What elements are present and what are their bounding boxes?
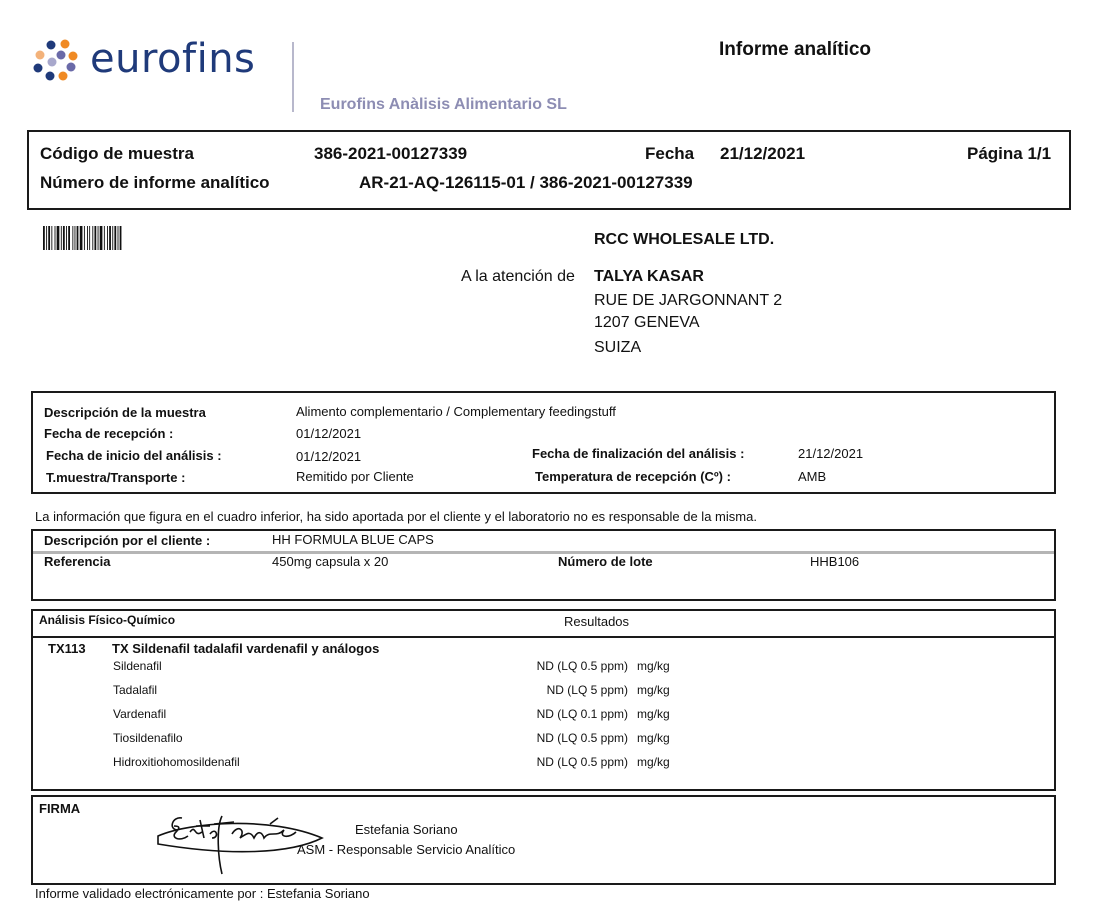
analyte-unit: mg/kg xyxy=(637,755,670,769)
analyte-result: ND (LQ 0.1 ppm) xyxy=(537,707,628,721)
recipient-company: RCC WHOLESALE LTD. xyxy=(594,231,774,249)
electronic-validation-note: Informe validado electrónicamente por : … xyxy=(35,886,370,901)
analyte-name: Hidroxitiohomosildenafil xyxy=(113,755,240,769)
company-name: Eurofins Anàlisis Alimentario SL xyxy=(320,96,567,114)
sample-description: Alimento complementario / Complementary … xyxy=(296,404,616,419)
analyte-name: Vardenafil xyxy=(113,707,166,721)
analyte-unit: mg/kg xyxy=(637,659,670,673)
logo-wordmark: eurofins xyxy=(90,36,255,82)
header-divider xyxy=(292,42,294,112)
end-date: 21/12/2021 xyxy=(798,446,863,461)
reception-date: 01/12/2021 xyxy=(296,426,361,441)
analysis-section-label: Análisis Físico-Químico xyxy=(39,613,175,627)
reception-date-label: Fecha de recepción : xyxy=(44,426,173,441)
analyte-result: ND (LQ 0.5 ppm) xyxy=(537,731,628,745)
transport-value: Remitido por Cliente xyxy=(296,469,414,484)
reference-value: 450mg capsula x 20 xyxy=(272,554,388,569)
recipient-address-line1: RUE DE JARGONNANT 2 xyxy=(594,292,782,310)
recipient-name: TALYA KASAR xyxy=(594,268,704,286)
barcode xyxy=(43,226,165,250)
client-description: HH FORMULA BLUE CAPS xyxy=(272,532,434,547)
temperature-label: Temperatura de recepción (Cº) : xyxy=(535,469,731,484)
start-date: 01/12/2021 xyxy=(296,449,361,464)
eurofins-logo-icon xyxy=(32,38,82,82)
analyte-result: ND (LQ 5 ppm) xyxy=(547,683,628,697)
recipient-address-line2: 1207 GENEVA xyxy=(594,314,700,332)
document-title: Informe analítico xyxy=(719,39,871,61)
report-date: 21/12/2021 xyxy=(720,144,805,164)
method-title: TX Sildenafil tadalafil vardenafil y aná… xyxy=(112,641,379,656)
analyte-unit: mg/kg xyxy=(637,731,670,745)
recipient-country: SUIZA xyxy=(594,339,641,357)
analyte-name: Tadalafil xyxy=(113,683,157,697)
analysis-header-box xyxy=(31,609,1056,638)
reference-label: Referencia xyxy=(44,554,110,569)
attention-label: A la atención de xyxy=(461,268,575,286)
analyte-name: Sildenafil xyxy=(113,659,162,673)
temperature-value: AMB xyxy=(798,469,826,484)
analyte-unit: mg/kg xyxy=(637,707,670,721)
analyte-name: Tiosildenafilo xyxy=(113,731,183,745)
signer-role: ASM - Responsable Servicio Analítico xyxy=(297,842,515,857)
sample-description-label: Descripción de la muestra xyxy=(44,405,206,420)
sample-code: 386-2021-00127339 xyxy=(314,144,467,164)
date-label: Fecha xyxy=(645,144,694,164)
identification-box xyxy=(27,130,1071,210)
lot-value: HHB106 xyxy=(810,554,859,569)
sample-code-label: Código de muestra xyxy=(40,144,194,164)
client-description-label: Descripción por el cliente : xyxy=(44,533,210,548)
client-info-separator xyxy=(33,551,1054,554)
analyte-result: ND (LQ 0.5 ppm) xyxy=(537,659,628,673)
page-indicator: Página 1/1 xyxy=(967,144,1051,164)
signature-label: FIRMA xyxy=(39,801,80,816)
method-code: TX113 xyxy=(48,641,86,656)
transport-label: T.muestra/Transporte : xyxy=(46,470,185,485)
end-date-label: Fecha de finalización del análisis : xyxy=(532,446,744,461)
results-column-header: Resultados xyxy=(564,614,629,629)
signer-name: Estefania Soriano xyxy=(355,822,458,837)
analyte-unit: mg/kg xyxy=(637,683,670,697)
client-info-disclaimer: La información que figura en el cuadro i… xyxy=(35,509,757,524)
analyte-result: ND (LQ 0.5 ppm) xyxy=(537,755,628,769)
start-date-label: Fecha de inicio del análisis : xyxy=(46,448,222,463)
report-number-label: Número de informe analítico xyxy=(40,173,270,193)
report-number: AR-21-AQ-126115-01 / 386-2021-00127339 xyxy=(359,173,693,193)
lot-label: Número de lote xyxy=(558,554,653,569)
